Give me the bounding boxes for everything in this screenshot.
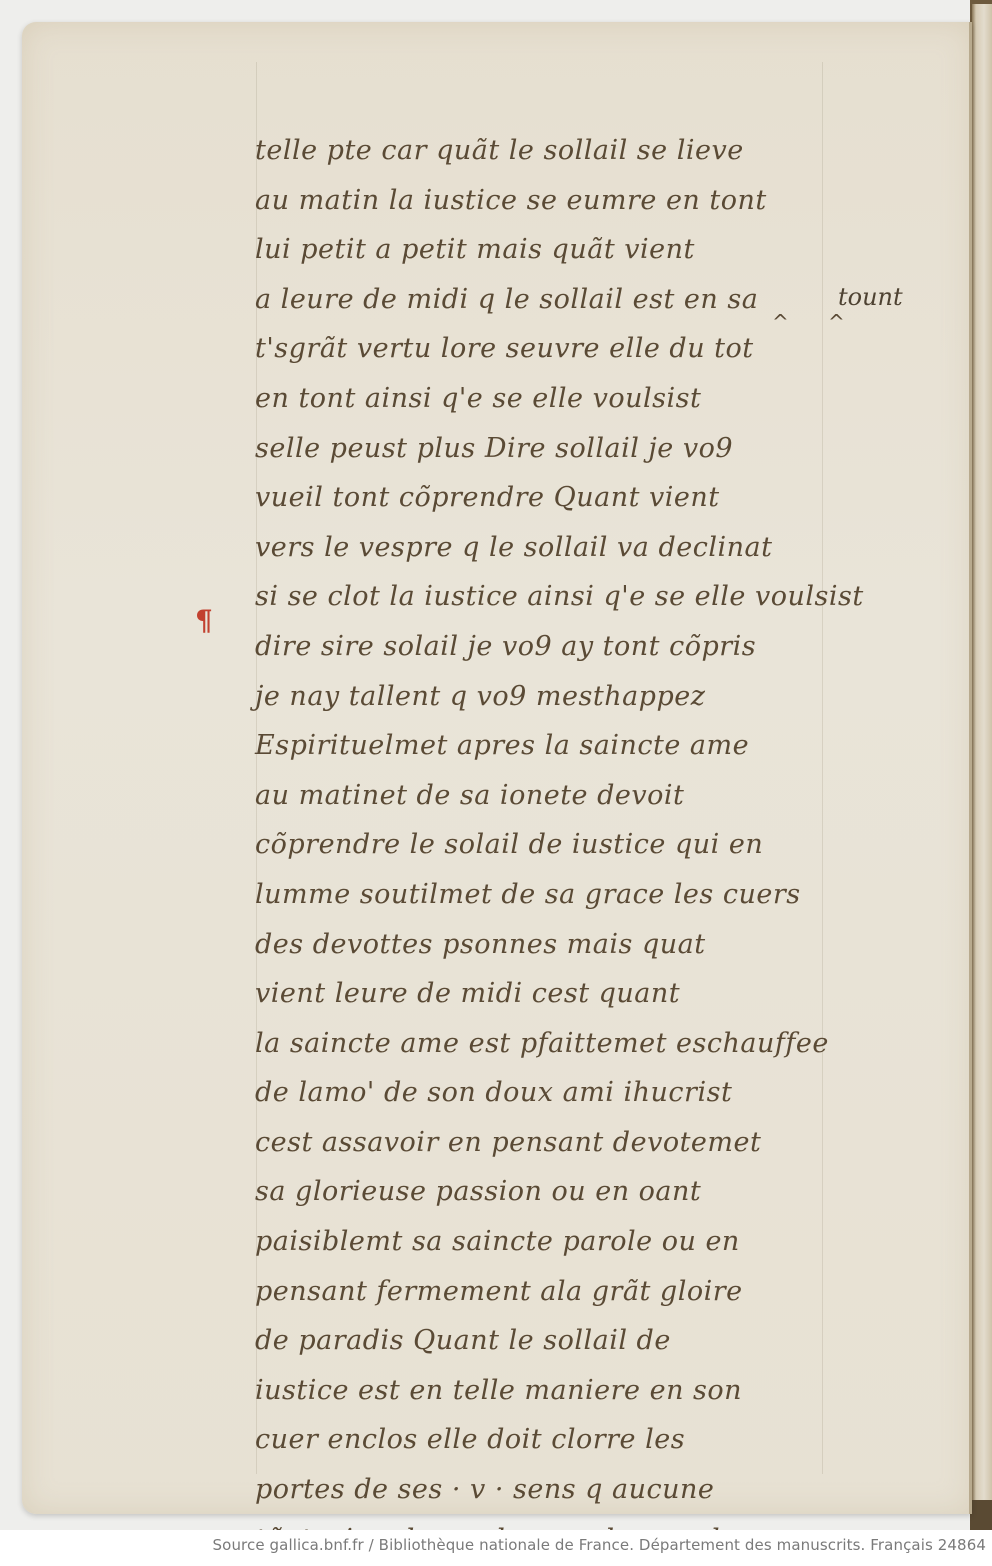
text-line: lui petit a petit mais quãt vient [255,225,845,275]
text-line: lumme soutilmet de sa grace les cuers [255,870,845,920]
text-line: vueil tont cõprendre Quant vient [255,473,845,523]
text-line: paisiblemt sa saincte parole ou en [255,1217,845,1267]
text-line: cest assavoir en pensant devotemet [255,1118,845,1168]
text-line: si se clot la iustice ainsi q'e se elle … [255,572,845,622]
text-line: telle pte car quãt le sollail se lieve [255,126,845,176]
text-line: la saincte ame est pfaittemet eschauffee [255,1019,845,1069]
text-line: sa glorieuse passion ou en oant [255,1167,845,1217]
insertion-caret-icon: ^ [772,310,789,334]
binding-edge-bottom [970,1500,992,1530]
text-line: portes de ses · v · sens q aucune [255,1465,845,1515]
text-line: au matinet de sa ionete devoit [255,771,845,821]
text-line: pensant fermement ala grãt gloire [255,1267,845,1317]
text-line: de lamo' de son doux ami ihucrist [255,1068,845,1118]
text-line: a leure de midi q le sollail est en sa [255,275,845,325]
adjacent-leaf-edge [972,4,992,1530]
text-line: cuer enclos elle doit clorre les [255,1415,845,1465]
source-attribution: Source gallica.bnf.fr / Bibliothèque nat… [213,1536,986,1554]
text-line: en tont ainsi q'e se elle voulsist [255,374,845,424]
manuscript-text-block: telle pte car quãt le sollail se lieve a… [255,126,845,1564]
text-line: au matin la iustice se eumre en tont [255,176,845,226]
text-line: Espirituelmet apres la saincte ame [255,721,845,771]
text-line: je nay tallent q vo9 mesthappez [255,672,845,722]
text-line: des devottes psonnes mais quat [255,920,845,970]
text-line: iustice est en telle maniere en son [255,1366,845,1416]
text-line: selle peust plus Dire sollail je vo9 [255,424,845,474]
image-viewer: ¶ telle pte car quãt le sollail se lieve… [0,0,992,1530]
text-line: t'sgrãt vertu lore seuvre elle du tot [255,324,845,374]
paragraph-mark: ¶ [195,604,213,637]
text-line: cõprendre le solail de iustice qui en [255,820,845,870]
text-line: vient leure de midi cest quant [255,969,845,1019]
insertion-caret-icon: ^ [828,310,845,334]
text-line: vers le vespre q le sollail va declinat [255,523,845,573]
text-line: dire sire solail je vo9 ay tont cõpris [255,622,845,672]
text-line: de paradis Quant le sollail de [255,1316,845,1366]
margin-correction: tount [838,283,903,311]
